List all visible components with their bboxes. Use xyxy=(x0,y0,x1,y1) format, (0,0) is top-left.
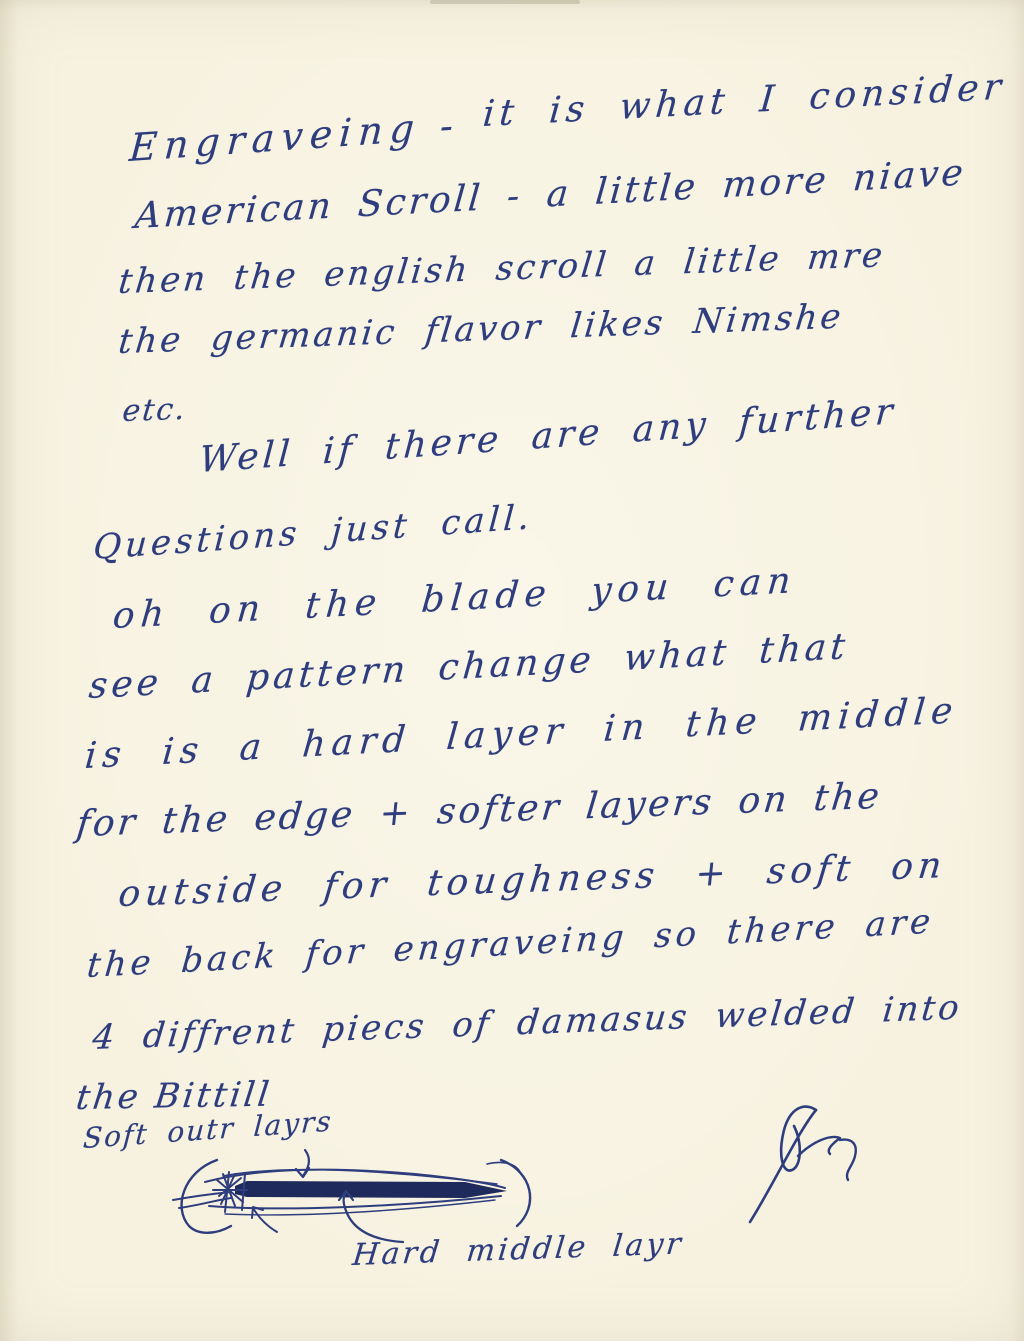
handwriting-line: see a pattern change what that xyxy=(88,626,850,707)
line-text: for the edge + softer layers on the xyxy=(75,776,885,845)
handwriting-line: Questions just call. xyxy=(92,497,534,568)
handwriting-line: Well if there are any further xyxy=(198,391,898,481)
handwriting-line: the back for engraveing so there are xyxy=(86,902,935,986)
signature-flourish xyxy=(798,1137,840,1156)
line-text: etc. xyxy=(121,392,189,429)
line-text: Well if there are any further xyxy=(198,391,898,481)
line-text: is is a hard layer in the middle xyxy=(83,690,960,777)
handwriting-line: the germanic flavor likes Nimshe xyxy=(118,297,844,362)
handwriting-line: outside for toughness + soft on xyxy=(118,845,947,915)
handwriting-line: etc. xyxy=(122,392,187,429)
line-text: the back for engraveing so there are xyxy=(85,901,936,986)
line-text: Engraveing - xyxy=(128,103,461,170)
line-text: then the english scroll a little mre xyxy=(117,235,888,302)
letter-page: Engraveing - it is what I consider Ameri… xyxy=(0,0,1024,1341)
handwriting-line: oh on the blade you can xyxy=(112,560,797,637)
line-text: oh on the blade you can xyxy=(111,560,798,637)
hard-middle-layer-shape xyxy=(235,1181,507,1198)
handwriting-line: is is a hard layer in the middle xyxy=(84,690,959,777)
handwriting-line: 4 diffrent piecs of damasus welded into xyxy=(92,988,962,1058)
line-text: it is what I consider xyxy=(481,66,1007,135)
line-text: outside for toughness + soft on xyxy=(117,845,949,915)
right-bracket-curve xyxy=(501,1160,530,1226)
signature-hook xyxy=(840,1140,856,1180)
handwriting-line: Engraveing - xyxy=(128,103,461,170)
handwriting-line: for the edge + softer layers on the xyxy=(76,776,883,845)
blade-sketch xyxy=(165,1150,555,1260)
handwriting-line: American Scroll - a little more niave xyxy=(134,152,967,236)
line-text: the germanic flavor likes Nimshe xyxy=(117,297,846,362)
signature xyxy=(728,1096,888,1236)
line-text: Questions just call. xyxy=(92,497,534,568)
line-text: American Scroll - a little more niave xyxy=(133,152,967,237)
small-arrow xyxy=(253,1208,277,1232)
line-text: see a pattern change what that xyxy=(87,626,850,707)
line-text: 4 diffrent piecs of damasus welded into xyxy=(91,988,964,1059)
handwriting-line: it is what I consider xyxy=(482,67,1007,135)
small-arrowhead xyxy=(252,1207,263,1218)
scan-edge-mark xyxy=(430,0,580,4)
handwriting-line: then the english scroll a little mre xyxy=(118,235,886,302)
